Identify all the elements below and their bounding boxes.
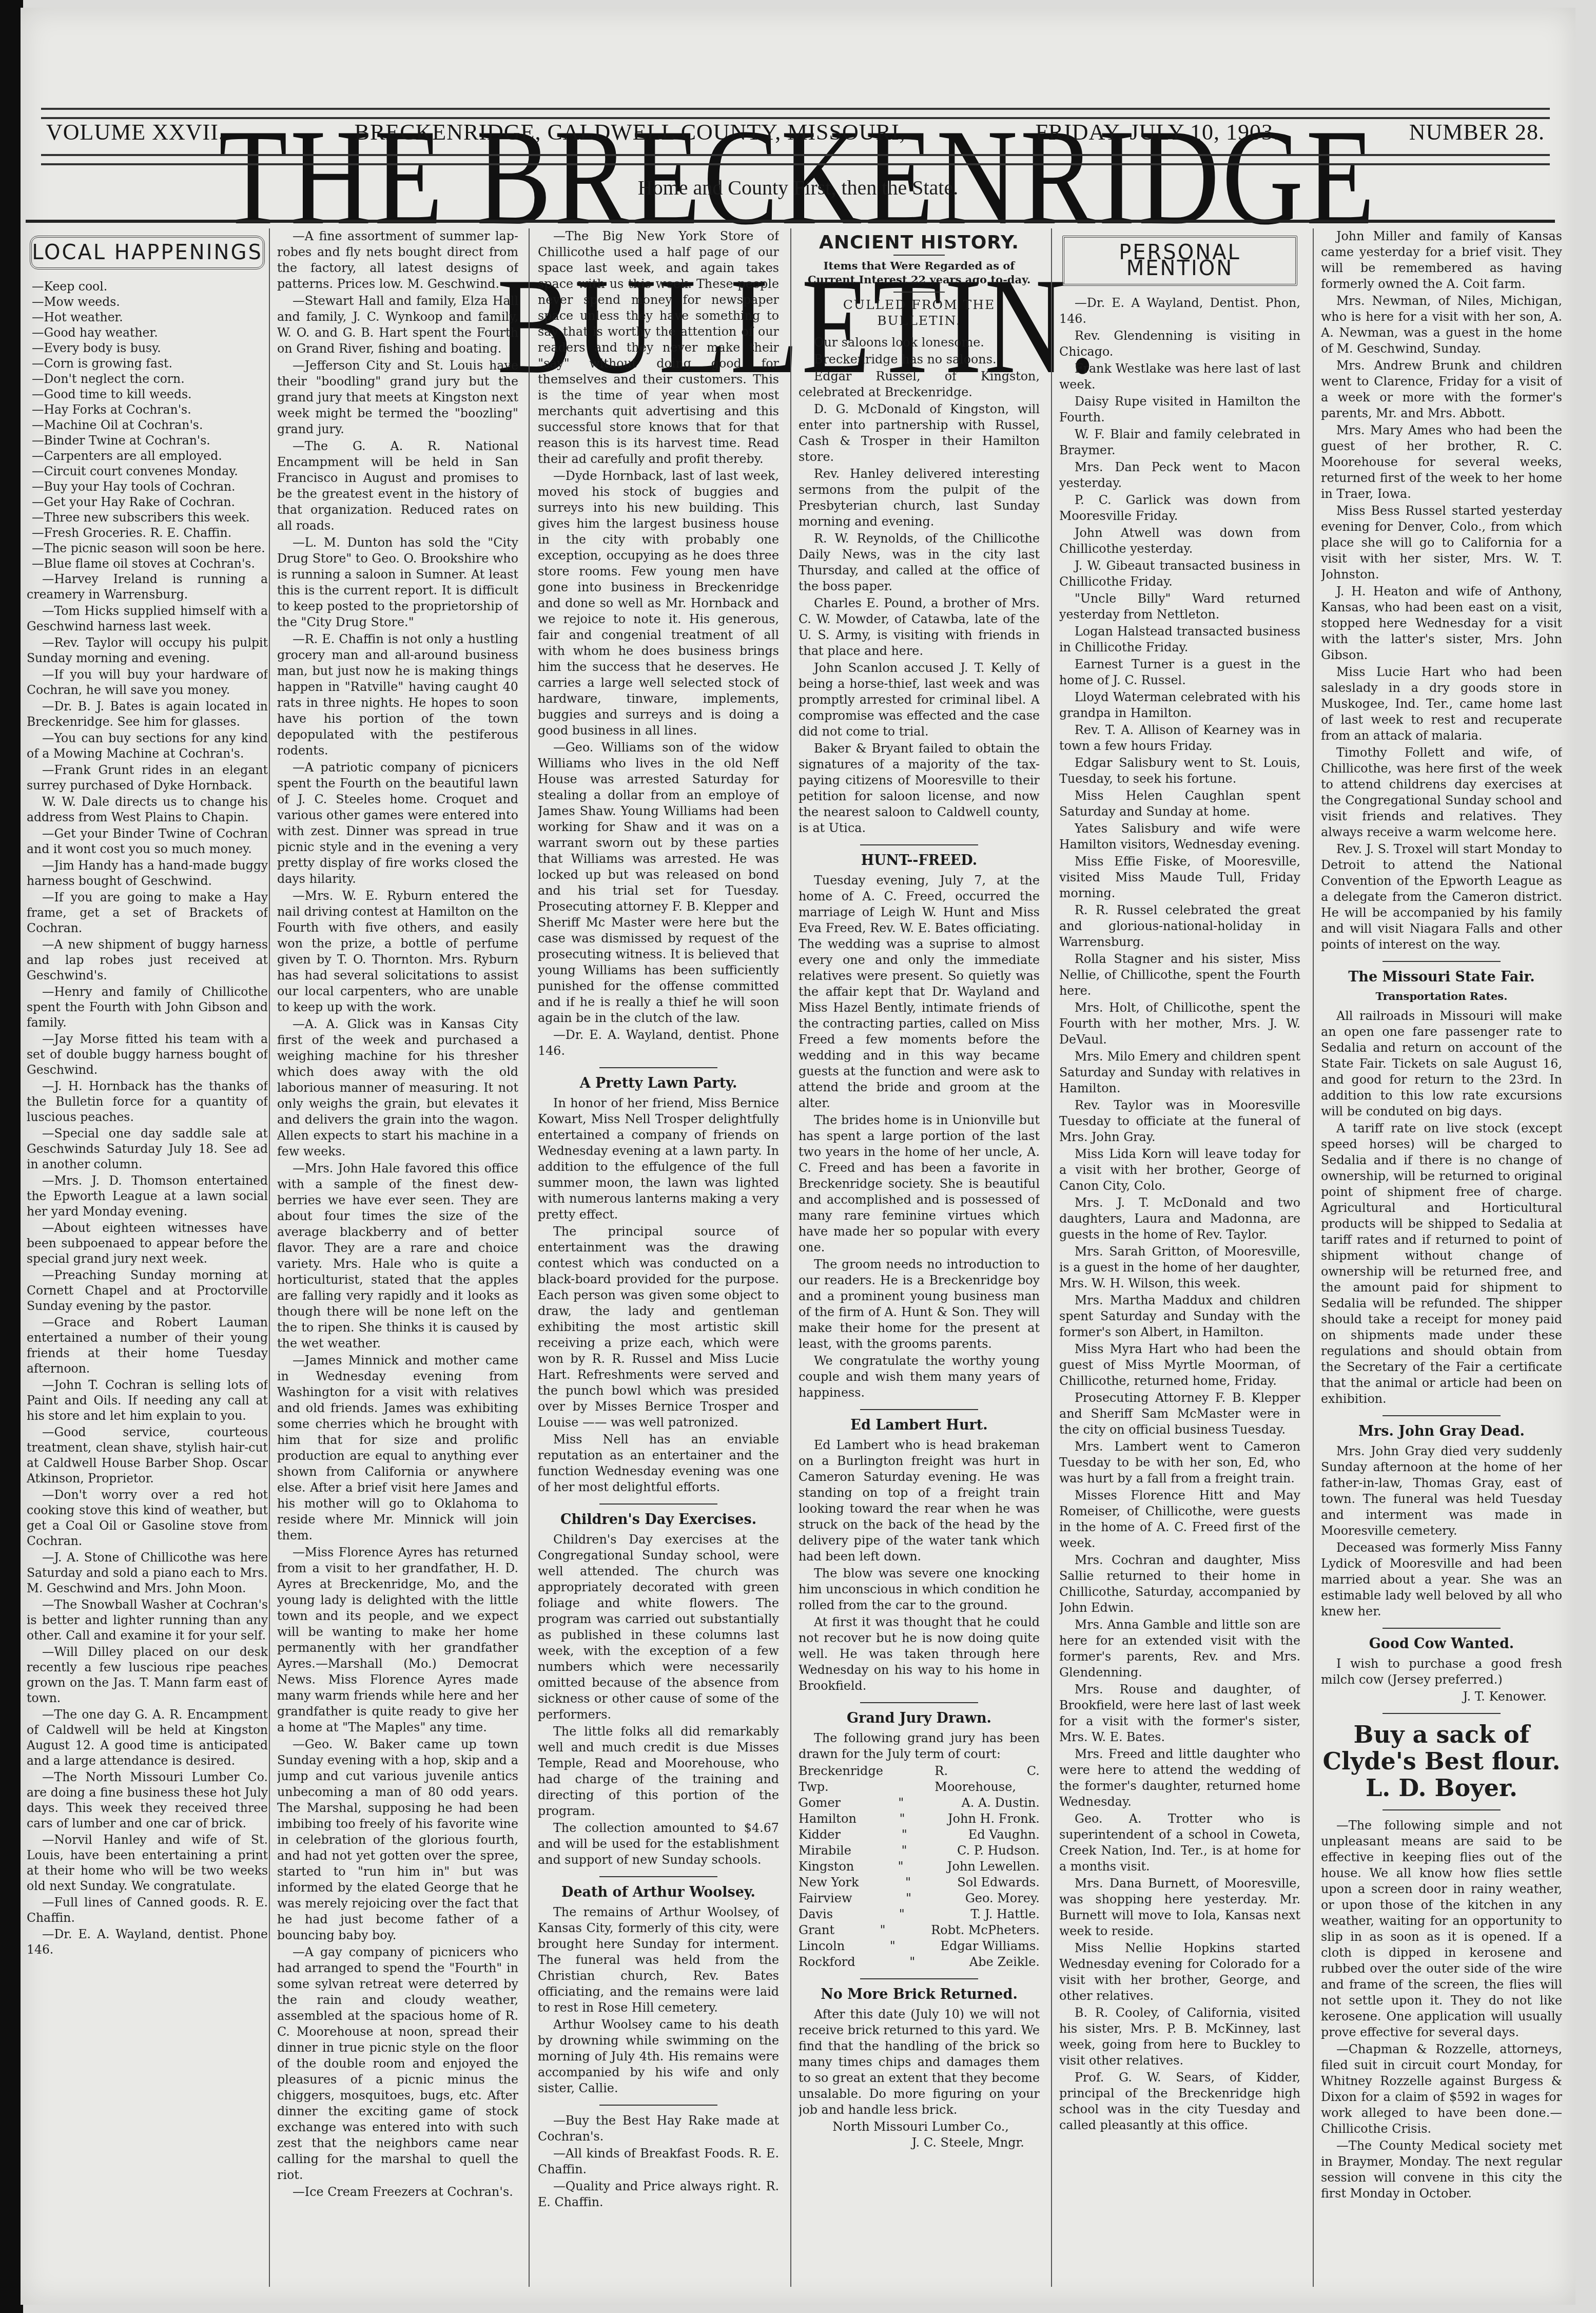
paragraph: —Machine Oil at Cochran's. <box>27 417 268 433</box>
brick-signature-company: North Missouri Lumber Co., <box>799 2119 1040 2135</box>
paragraph: —Mrs. W. E. Ryburn entered the nail driv… <box>277 888 518 1015</box>
paragraph: —Hot weather. <box>27 310 268 325</box>
transportation-rates-heading: Transportation Rates. <box>1326 989 1557 1003</box>
township: Kingston <box>799 1859 854 1875</box>
column-personal-mention: PERSONAL MENTION —Dr. E. A Wayland, Dent… <box>1059 228 1300 2282</box>
township: Lincoln <box>799 1938 845 1954</box>
divider <box>860 1978 978 1979</box>
ancient-history-heading: ANCIENT HISTORY. <box>799 235 1040 250</box>
divider <box>893 292 945 293</box>
flour-advertisement: Buy a sack of Clyde's Best flour. L. D. … <box>1321 1721 1562 1801</box>
paragraph: Earnest Turner is a guest in the home of… <box>1059 657 1300 688</box>
juror-name: John H. Fronk. <box>948 1811 1040 1827</box>
paragraph: In honor of her friend, Miss Bernice Kow… <box>538 1095 779 1223</box>
paragraph: —Dr. E. A. Wayland, dentist. Phone 146. <box>538 1027 779 1059</box>
divider <box>860 844 978 845</box>
column-three-ads: —Buy the Best Hay Rake made at Cochran's… <box>538 2113 779 2210</box>
jury-row: Gomer"A. A. Dustin. <box>799 1795 1040 1811</box>
column-rule <box>1313 228 1314 2287</box>
township: Hamilton <box>799 1811 857 1827</box>
paragraph: —Dyde Hornback, last of last week, moved… <box>538 468 779 739</box>
column-three-paragraphs: —The Big New York Store of Chillicothe u… <box>538 228 779 1059</box>
township: Grant <box>799 1922 834 1938</box>
paragraph: Rolla Stagner and his sister, Miss Nelli… <box>1059 951 1300 999</box>
paragraph: Frank Westlake was here last of last wee… <box>1059 361 1300 393</box>
juror-name: Sol Edwards. <box>957 1875 1040 1891</box>
column-rule <box>269 228 270 2287</box>
cow-signature: J. T. Kenower. <box>1321 1689 1562 1705</box>
paragraph: Mrs. J. T. McDonald and two daughters, L… <box>1059 1195 1300 1243</box>
paragraph: Mrs. Milo Emery and children spent Satur… <box>1059 1049 1300 1096</box>
ditto-mark: " <box>885 1859 916 1875</box>
paragraph: Rev. Glendenning is visiting in Chicago. <box>1059 328 1300 360</box>
paragraph: Mrs. John Gray died very suddenly Sunday… <box>1321 1443 1562 1539</box>
ditto-mark: " <box>886 1795 917 1811</box>
paragraph: P. C. Garlick was down from Mooresville … <box>1059 492 1300 524</box>
paragraph: —Frank Grunt rides in an elegant surrey … <box>27 762 268 793</box>
paragraph: Mrs. Cochran and daughter, Miss Sallie r… <box>1059 1552 1300 1616</box>
jury-row: Hamilton"John H. Fronk. <box>799 1811 1040 1827</box>
township: Kidder <box>799 1827 841 1843</box>
paragraph: —James Minnick and mother came in Wednes… <box>277 1353 518 1544</box>
short-items-list: —Keep cool.—Mow weeds.—Hot weather.—Good… <box>27 279 268 571</box>
issue-number: NUMBER 28. <box>1409 119 1545 145</box>
divider <box>599 1876 717 1877</box>
paragraph: D. G. McDonald of Kingston, will enter i… <box>799 401 1040 465</box>
juror-name: Edgar Williams. <box>940 1938 1040 1954</box>
jury-row: Kingston"John Lewellen. <box>799 1859 1040 1875</box>
paragraph: Lloyd Waterman celebrated with his grand… <box>1059 689 1300 721</box>
column-ancient-history: ANCIENT HISTORY. Items that Were Regarde… <box>799 228 1040 2282</box>
ditto-mark: " <box>897 1954 928 1970</box>
paragraph: —Buy the Best Hay Rake made at Cochran's… <box>538 2113 779 2145</box>
paragraph: Mrs. Anna Gamble and little son are here… <box>1059 1617 1300 1681</box>
paragraph: —The County Medical society met in Braym… <box>1321 2138 1562 2202</box>
masthead-rule <box>41 108 1550 119</box>
paragraph: —Every body is busy. <box>27 340 268 356</box>
paragraph: —Mrs. John Hale favored this office with… <box>277 1161 518 1352</box>
state-fair-article: All railroads in Missouri will make an o… <box>1321 1008 1562 1407</box>
paragraph: —Norvil Hanley and wife of St. Louis, ha… <box>27 1832 268 1894</box>
paragraph: "Uncle Billy" Ward returned yesterday fr… <box>1059 591 1300 623</box>
gray-heading: Mrs. John Gray Dead. <box>1321 1423 1562 1439</box>
paragraph: —Corn is growing fast. <box>27 356 268 371</box>
paragraph: Edgar Salisbury went to St. Louis, Tuesd… <box>1059 755 1300 787</box>
divider <box>860 1409 978 1410</box>
ancient-history-subheading: Items that Were Regarded as of Current I… <box>804 259 1035 286</box>
state-fair-heading: The Missouri State Fair. <box>1321 969 1562 985</box>
divider <box>1383 1713 1501 1714</box>
paragraph: —Blue flame oil stoves at Cochran's. <box>27 556 268 571</box>
paragraph: Rev. Hanley delivered interesting sermon… <box>799 466 1040 530</box>
paragraph: Edgar Russel, of Kingston, celebrated at… <box>799 369 1040 400</box>
paragraph: —A new shipment of buggy harness and lap… <box>27 937 268 983</box>
paragraph: —J. H. Hornback has the thanks of the Bu… <box>27 1078 268 1125</box>
township: Mirabile <box>799 1843 851 1859</box>
column-three: —The Big New York Store of Chillicothe u… <box>538 228 779 2282</box>
paragraph: —Get your Hay Rake of Cochran. <box>27 494 268 510</box>
paragraph: Miss Helen Caughlan spent Saturday and S… <box>1059 788 1300 820</box>
paragraph: —The one day G. A. R. Encampment of Cald… <box>27 1707 268 1768</box>
paragraph: B. R. Cooley, of California, visited his… <box>1059 2005 1300 2069</box>
jury-row: New York"Sol Edwards. <box>799 1875 1040 1891</box>
cow-notice: I wish to purchase a good fresh milch co… <box>1321 1656 1562 1688</box>
paragraph: —Quality and Price always right. R. E. C… <box>538 2179 779 2210</box>
paragraph: Mrs. Andrew Brunk and children went to C… <box>1321 358 1562 421</box>
jury-row: Fairview"Geo. Morey. <box>799 1891 1040 1906</box>
gray-article: Mrs. John Gray died very suddenly Sunday… <box>1321 1443 1562 1620</box>
paragraph: —Buy your Hay tools of Cochran. <box>27 479 268 494</box>
paragraph: Children's Day exercises at the Congrega… <box>538 1532 779 1723</box>
jury-row: Mirabile"C. P. Hudson. <box>799 1843 1040 1859</box>
paragraph: Mrs. Mary Ames who had been the guest of… <box>1321 422 1562 502</box>
cow-heading: Good Cow Wanted. <box>1321 1636 1562 1652</box>
jury-row: Kidder"Ed Vaughn. <box>799 1827 1040 1843</box>
lawn-party-article: In honor of her friend, Miss Bernice Kow… <box>538 1095 779 1495</box>
childrens-day-heading: Children's Day Exercises. <box>538 1512 779 1528</box>
column-rule <box>1051 228 1052 2287</box>
paragraph: —A. A. Glick was in Kansas City first of… <box>277 1016 518 1160</box>
paragraph: Ed Lambert who is head brakeman on a Bur… <box>799 1437 1040 1565</box>
paragraph: We congratulate the worthy young couple … <box>799 1353 1040 1401</box>
paragraph: —Jim Handy has a hand-made buggy harness… <box>27 858 268 889</box>
paragraph: —All kinds of Breakfast Foods. R. E. Cha… <box>538 2146 779 2177</box>
personal-mention-items: —Dr. E. A Wayland, Dentist. Phon, 146.Re… <box>1059 295 1300 2133</box>
lawn-party-heading: A Pretty Lawn Party. <box>538 1075 779 1091</box>
paragraph: —Rev. Taylor will occupy his pulpit Sund… <box>27 635 268 666</box>
juror-name: John Lewellen. <box>947 1859 1040 1875</box>
paragraph: —Grace and Robert Lauman entertained a n… <box>27 1315 268 1376</box>
paragraph: —Keep cool. <box>27 279 268 294</box>
ditto-mark: " <box>887 1811 918 1827</box>
paragraph: —Don't worry over a red hot cooking stov… <box>27 1487 268 1549</box>
ditto-mark: " <box>889 1827 920 1843</box>
paragraph: Mrs. Dan Peck went to Macon yesterday. <box>1059 459 1300 491</box>
dateline: VOLUME XXVII. BRECKENRIDGE, CALDWELL COU… <box>46 119 1545 145</box>
jury-intro: The following grand jury has been drawn … <box>799 1730 1040 1762</box>
paragraph: The principal source of entertainment wa… <box>538 1224 779 1431</box>
ditto-mark: " <box>892 1875 923 1891</box>
divider <box>599 1504 717 1505</box>
paragraph: W. F. Blair and family celebrated in Bra… <box>1059 427 1300 458</box>
paragraph: Miss Effie Fiske, of Mooresville, visite… <box>1059 854 1300 901</box>
paragraph: —A patriotic company of picnicers spent … <box>277 760 518 887</box>
culled-heading: CULLED FROM THE BULLETIN. <box>799 297 1040 329</box>
paragraph: Rev. T. A. Allison of Kearney was in tow… <box>1059 722 1300 754</box>
column-rule <box>529 228 530 2287</box>
paragraph: —The Snowball Washer at Cochran's is bet… <box>27 1597 268 1643</box>
paragraph: All railroads in Missouri will make an o… <box>1321 1008 1562 1120</box>
place: BRECKENRIDGE, CALDWELL COUNTY, MISSOURI, <box>355 119 906 145</box>
lambert-heading: Ed Lambert Hurt. <box>799 1417 1040 1433</box>
paragraph: Daisy Rupe visited in Hamilton the Fourt… <box>1059 394 1300 426</box>
paragraph: —Geo. Williams son of the widow Williams… <box>538 740 779 1026</box>
paragraph: J. H. Heaton and wife of Anthony, Kansas… <box>1321 584 1562 663</box>
township: Breckenridge Twp. <box>799 1763 907 1795</box>
scan-edge <box>0 0 23 2313</box>
paragraph: At first it was thought that he could no… <box>799 1614 1040 1694</box>
paragraph: The groom needs no introduction to our r… <box>799 1257 1040 1352</box>
column-local-happenings: LOCAL HAPPENINGS —Keep cool.—Mow weeds.—… <box>27 228 268 2282</box>
paragraph: —Good time to kill weeds. <box>27 387 268 402</box>
juror-name: Ed Vaughn. <box>968 1827 1040 1843</box>
paragraph: —About eighteen witnesses have been subp… <box>27 1220 268 1266</box>
column-six-personals: John Miller and family of Kansas came ye… <box>1321 228 1562 953</box>
paragraph: Logan Halstead transacted business in Ch… <box>1059 624 1300 656</box>
paragraph: —The G. A. R. National Encampment will b… <box>277 438 518 534</box>
paragraph: John Miller and family of Kansas came ye… <box>1321 228 1562 292</box>
paragraph: —The North Missouri Lumber Co. are doing… <box>27 1769 268 1831</box>
paragraph: —Fresh Groceries. R. E. Chaffin. <box>27 525 268 541</box>
paragraph: Miss Lida Korn will leave today for a vi… <box>1059 1146 1300 1194</box>
issue-date: FRIDAY, JULY 10, 1903. <box>1035 119 1279 145</box>
paragraph: —Good service, courteous treatment, clea… <box>27 1424 268 1486</box>
column-two: —A fine assortment of summer lap-robes a… <box>277 228 518 2282</box>
ditto-mark: " <box>877 1938 908 1954</box>
paragraph: Our saloons look lonesome. <box>799 335 1040 351</box>
paragraph: —Harvey Ireland is running a creamery in… <box>27 571 268 602</box>
woolsey-heading: Death of Arthur Woolsey. <box>538 1884 779 1900</box>
paragraph: —A fine assortment of summer lap-robes a… <box>277 228 518 292</box>
personal-mention-heading: PERSONAL MENTION <box>1062 236 1297 286</box>
jury-row: Rockford"Abe Zeikle. <box>799 1954 1040 1970</box>
paragraph: Mrs. Freed and little daughter who were … <box>1059 1746 1300 1810</box>
ditto-mark <box>907 1763 935 1795</box>
paragraph: Timothy Follett and wife, of Chillicothe… <box>1321 745 1562 840</box>
volume: VOLUME XXVII. <box>46 119 225 145</box>
township: Davis <box>799 1906 833 1922</box>
local-happenings-heading: LOCAL HAPPENINGS <box>30 236 265 269</box>
paragraph: —Get your Binder Twine of Cochran and it… <box>27 826 268 857</box>
paragraph: Tuesday evening, July 7, at the home of … <box>799 873 1040 1111</box>
paragraph: John Scanlon accused J. T. Kelly of bein… <box>799 660 1040 740</box>
paragraph: —J. A. Stone of Chillicothe was here Sat… <box>27 1550 268 1596</box>
juror-name: T. J. Hattle. <box>970 1906 1040 1922</box>
paragraph: Prosecuting Attorney F. B. Klepper and S… <box>1059 1390 1300 1438</box>
paragraph: Prof. G. W. Sears, of Kidder, principal … <box>1059 2070 1300 2133</box>
township: Gomer <box>799 1795 841 1811</box>
paragraph: R. R. Russel celebrated the great and gl… <box>1059 902 1300 950</box>
paragraph: —Geo. W. Baker came up town Sunday eveni… <box>277 1737 518 1943</box>
paragraph: Miss Nell has an enviable reputation as … <box>538 1432 779 1495</box>
paragraph: Arthur Woolsey came to his death by drow… <box>538 2017 779 2096</box>
divider <box>599 2105 717 2106</box>
ditto-mark: " <box>867 1922 898 1938</box>
brick-notice: After this date (July 10) we will not re… <box>799 2007 1040 2118</box>
ditto-mark: " <box>889 1843 920 1859</box>
paragraph: Miss Lucie Hart who had been saleslady i… <box>1321 664 1562 744</box>
paragraph: —Hay Forks at Cochran's. <box>27 402 268 417</box>
paragraph: Charles E. Pound, a brother of Mrs. C. W… <box>799 595 1040 659</box>
paragraph: —Binder Twine at Cochran's. <box>27 433 268 448</box>
paragraph: Miss Nellie Hopkins started Wednesday ev… <box>1059 1940 1300 2004</box>
divider <box>599 1067 717 1068</box>
paragraph: The little folks all did remarkably well… <box>538 1724 779 1819</box>
column-six: John Miller and family of Kansas came ye… <box>1321 228 1562 2282</box>
paragraph: —Circuit court convenes Monday. <box>27 464 268 479</box>
lambert-article: Ed Lambert who is head brakeman on a Bur… <box>799 1437 1040 1694</box>
paragraph: Mrs. Holt, of Chillicothe, spent the Fou… <box>1059 1000 1300 1048</box>
column-rule <box>790 228 791 2287</box>
column-six-tail: —The following simple and not unpleasant… <box>1321 1818 1562 2202</box>
paragraph: —Full lines of Canned goods. R. E. Chaff… <box>27 1895 268 1925</box>
dateline-rule <box>41 154 1550 165</box>
jury-row: Breckenridge Twp.R. C. Moorehouse, <box>799 1763 1040 1795</box>
paragraph: The brides home is in Unionville but has… <box>799 1112 1040 1256</box>
paragraph: J. W. Gibeaut transacted business in Chi… <box>1059 558 1300 590</box>
juror-name: C. P. Hudson. <box>957 1843 1040 1859</box>
township: New York <box>799 1875 859 1891</box>
top-rule <box>26 220 1555 223</box>
paragraph: —Jefferson City and St. Louis have their… <box>277 358 518 437</box>
brick-signature-manager: J. C. Steele, Mngr. <box>799 2135 1040 2151</box>
local-paragraphs: —Harvey Ireland is running a creamery in… <box>27 571 268 1957</box>
paragraph: —Three new subscribers this week. <box>27 510 268 525</box>
township: Rockford <box>799 1954 855 1970</box>
jury-heading: Grand Jury Drawn. <box>799 1710 1040 1726</box>
paragraph: Mrs. Rouse and daughter, of Brookfield, … <box>1059 1682 1300 1745</box>
paragraph: —A gay company of picnicers who had arra… <box>277 1944 518 2183</box>
ancient-history-items: Our saloons look lonesome.Breckenridge h… <box>799 335 1040 836</box>
paragraph: —Stewart Hall and family, Elza Hall and … <box>277 293 518 357</box>
paragraph: —You can buy sections for any kind of a … <box>27 730 268 761</box>
jury-row: Davis"T. J. Hattle. <box>799 1906 1040 1922</box>
paragraph: Rev. J. S. Troxel will start Monday to D… <box>1321 841 1562 953</box>
paragraph: —Ice Cream Freezers at Cochran's. <box>277 2184 518 2200</box>
paragraph: —If you will buy your hardware of Cochra… <box>27 667 268 698</box>
juror-name: A. A. Dustin. <box>961 1795 1040 1811</box>
paragraph: —Henry and family of Chillicothe spent t… <box>27 984 268 1030</box>
paragraph: Mrs. Lambert went to Cameron Tuesday to … <box>1059 1439 1300 1487</box>
paragraph: Miss Myra Hart who had been the guest of… <box>1059 1341 1300 1389</box>
jury-row: Lincoln"Edgar Williams. <box>799 1938 1040 1954</box>
paragraph: —The following simple and not unpleasant… <box>1321 1818 1562 2040</box>
paragraph: W. W. Dale directs us to change his addr… <box>27 794 268 825</box>
paragraph: Mrs. Martha Maddux and children spent Sa… <box>1059 1293 1300 1340</box>
paragraph: Miss Bess Russel started yesterday eveni… <box>1321 503 1562 583</box>
paragraph: —Tom Hicks supplied himself with a Gesch… <box>27 603 268 634</box>
juror-name: Geo. Morey. <box>965 1891 1040 1906</box>
ditto-mark: " <box>893 1891 924 1906</box>
ditto-mark: " <box>886 1906 917 1922</box>
childrens-day-article: Children's Day exercises at the Congrega… <box>538 1532 779 1868</box>
paragraph: —Mrs. J. D. Thomson entertained the Epwo… <box>27 1173 268 1219</box>
juror-name: Abe Zeikle. <box>969 1954 1040 1970</box>
paragraph: Geo. A. Trotter who is superintendent of… <box>1059 1811 1300 1875</box>
paragraph: —Preaching Sunday morning at Cornett Cha… <box>27 1267 268 1314</box>
divider <box>860 1702 978 1703</box>
paragraph: —If you are going to make a Hay frame, g… <box>27 890 268 936</box>
paragraph: —Dr. E. A. Wayland, dentist. Phone 146. <box>27 1926 268 1957</box>
paragraph: —The Big New York Store of Chillicothe u… <box>538 228 779 467</box>
township: Fairview <box>799 1891 852 1906</box>
juror-name: R. C. Moorehouse, <box>935 1763 1040 1795</box>
paragraph: —Good hay weather. <box>27 325 268 340</box>
paragraph: Rev. Taylor was in Mooresville Tuesday t… <box>1059 1097 1300 1145</box>
paragraph: Misses Florence Hitt and May Romeiser, o… <box>1059 1488 1300 1551</box>
paragraph: Deceased was formerly Miss Fanny Lydick … <box>1321 1540 1562 1620</box>
paragraph: —Dr. B. J. Bates is again located in Bre… <box>27 699 268 729</box>
paragraph: —Special one day saddle sale at Geschwin… <box>27 1126 268 1172</box>
paragraph: —R. E. Chaffin is not only a hustling gr… <box>277 631 518 759</box>
hunt-freed-article: Tuesday evening, July 7, at the home of … <box>799 873 1040 1401</box>
paragraph: —Chapman & Rozzelle, attorneys, filed su… <box>1321 2041 1562 2137</box>
paragraph: Mrs. Dana Burnett, of Mooresville, was s… <box>1059 1876 1300 1939</box>
woolsey-article: The remains of Arthur Woolsey, of Kansas… <box>538 1904 779 2096</box>
paragraph: Breckenridge has no saloons. <box>799 352 1040 368</box>
brick-heading: No More Brick Returned. <box>799 1987 1040 2002</box>
divider <box>893 255 945 256</box>
paragraph: —The picnic season will soon be here. <box>27 541 268 556</box>
paragraph: —Mow weeds. <box>27 294 268 310</box>
paragraph: —Miss Florence Ayres has returned from a… <box>277 1545 518 1736</box>
divider <box>1383 1628 1501 1629</box>
hunt-freed-heading: HUNT--FREED. <box>799 853 1040 869</box>
paragraph: —L. M. Dunton has sold the "City Drug St… <box>277 535 518 630</box>
paragraph: —Carpenters are all employed. <box>27 448 268 464</box>
paragraph: —Jay Morse fitted his team with a set of… <box>27 1031 268 1077</box>
paragraph: —John T. Cochran is selling lots of Pain… <box>27 1377 268 1423</box>
paragraph: Yates Salisbury and wife were Hamilton v… <box>1059 821 1300 853</box>
paragraph: The collection amounted to $4.67 and wil… <box>538 1820 779 1868</box>
paragraph: Baker & Bryant failed to obtain the sign… <box>799 741 1040 836</box>
paragraph: —Will Dilley placed on our desk recently… <box>27 1644 268 1706</box>
paragraph: The blow was severe one knocking him unc… <box>799 1566 1040 1613</box>
paragraph: R. W. Reynolds, of the Chillicothe Daily… <box>799 531 1040 594</box>
paragraph: —Dr. E. A Wayland, Dentist. Phon, 146. <box>1059 295 1300 327</box>
paragraph: John Atwell was down from Chillicothe ye… <box>1059 525 1300 557</box>
juror-name: Robt. McPheters. <box>931 1922 1040 1938</box>
jury-table: Breckenridge Twp.R. C. Moorehouse,Gomer"… <box>799 1763 1040 1970</box>
paragraph: The remains of Arthur Woolsey, of Kansas… <box>538 1904 779 2016</box>
paragraph: Mrs. Newman, of Niles, Michigan, who is … <box>1321 293 1562 357</box>
motto: Home and County First, then the State. <box>0 176 1596 200</box>
paragraph: A tariff rate on live stock (except spee… <box>1321 1121 1562 1407</box>
divider <box>1383 1415 1501 1416</box>
divider <box>1383 961 1501 962</box>
column-two-paragraphs: —A fine assortment of summer lap-robes a… <box>277 228 518 2200</box>
divider <box>1383 1809 1501 1810</box>
jury-row: Grant"Robt. McPheters. <box>799 1922 1040 1938</box>
paragraph: —Don't neglect the corn. <box>27 371 268 387</box>
paragraph: Mrs. Sarah Gritton, of Mooresville, is a… <box>1059 1244 1300 1292</box>
